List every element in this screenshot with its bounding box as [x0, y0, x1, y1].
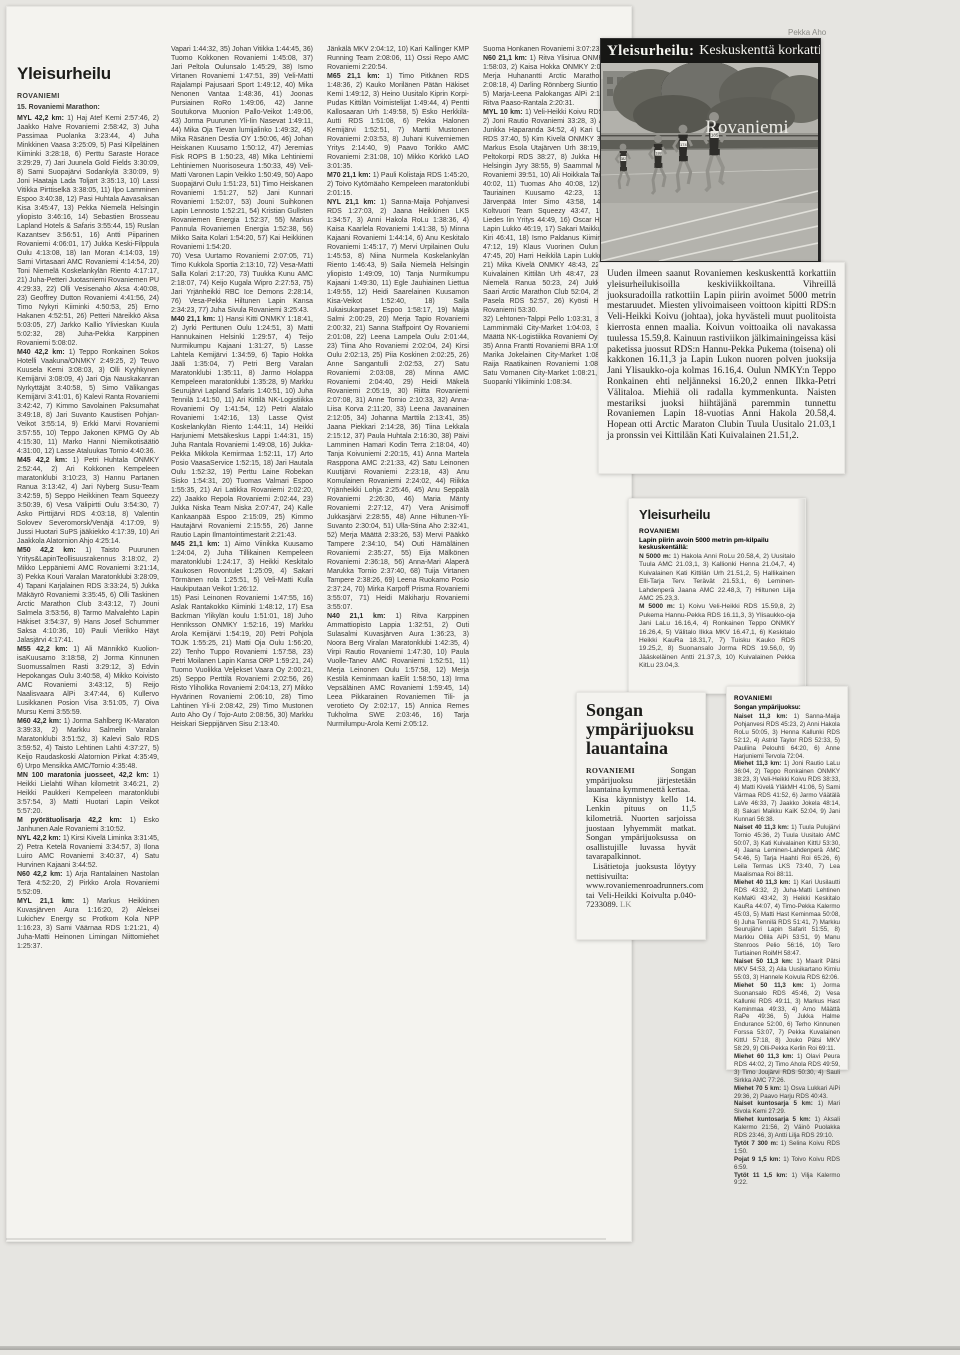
result-entry: M65 21,1 km: 1) Timo Pitkänen RDS 1:48:3…: [327, 72, 469, 171]
bib-number: 382: [621, 157, 627, 161]
result-entry: Naiset 40 11,3 km: 1) Tuula Pulujärvi To…: [734, 824, 840, 879]
result-entry: MYL 21,1 km: 1) Markus Heikkinen Kuvasjä…: [17, 897, 159, 951]
event-title: Lapin piirin avoin 5000 metrin pm-kilpai…: [639, 537, 795, 551]
result-entry: M60 42,2 km: 1) Jorma Sahlberg IK-Marato…: [17, 717, 159, 771]
marathon-results-clip: Yleisurheilu ROVANIEMI 15. Rovaniemi Mar…: [6, 6, 632, 1242]
banner-headline: Keskuskenttä korkattiin: [699, 43, 820, 59]
results-list: N 5000 m: 1) Hakola Anni RoLu 20.58,4, 2…: [639, 553, 795, 671]
results-list: Naiset 11,3 km: 1) Sanna-Maija Pohjanves…: [734, 713, 840, 1187]
article-signature: LK: [620, 899, 631, 909]
result-entry: M45 42,2 km: 1) Petri Huhtala ONMKY 2:52…: [17, 456, 159, 546]
athletics-heading: Yleisurheilu: [639, 507, 795, 522]
event-title: 15. Rovaniemi Marathon:: [17, 103, 159, 112]
athletics-heading: Yleisurheilu: [17, 69, 159, 78]
result-entry: M40 21,1 km: 1) Hansi Kitti ONMKY 1:18:4…: [171, 315, 313, 540]
result-entry: Miehet 60 11,3 km: 1) Olavi Peura RDS 44…: [734, 1053, 840, 1085]
result-entry: Miehet kuntosarja 5 km: 1) Aksali Kalerm…: [734, 1116, 840, 1140]
article-paragraph: ROVANIEMI Songan ympärijuoksu järjestetä…: [586, 766, 696, 795]
result-entry: Jänkälä MKV 2:04:12, 10) Kari Kallinger …: [327, 45, 469, 72]
results-column-3: Jänkälä MKV 2:04:12, 10) Kari Kallinger …: [327, 45, 469, 729]
bottom-scan-edge: [0, 1346, 960, 1350]
caption-clip: Uuden ilmeen saanut Rovaniemen keskusken…: [598, 262, 845, 474]
songan-results-clip: ROVANIEMI Songan ympärijuoksu: Naiset 11…: [726, 686, 848, 1070]
result-entry: M40 42,2 km: 1) Teppo Ronkainen Sokos Ho…: [17, 348, 159, 456]
pm-5000m-results-clip: Yleisurheilu ROVANIEMI Lapin piirin avoi…: [628, 498, 806, 694]
result-entry: NYL 21,1 km: 1) Sanna-Maija Pohjanvesi R…: [327, 198, 469, 612]
result-entry: M55 42,2 km: 1) Ali Männikkö Kuolion-isa…: [17, 645, 159, 717]
result-entry: MYL 42,2 km: 1) Haj Atef Kemi 2:57:46, 2…: [17, 114, 159, 348]
photo-overlay-text: Rovaniemi: [705, 117, 788, 138]
article-paragraph: Lisätietoja juoksusta löytyy nettisivuil…: [586, 862, 696, 910]
result-entry: Miehet 11,3 km: 1) Joni Rautio LaLu 36:0…: [734, 760, 840, 823]
result-entry: Naiset kuntosarja 5 km: 1) Mari Sivola K…: [734, 1100, 840, 1116]
results-column-2: Vapari 1:44:32, 35) Johan Vitikka 1:44:4…: [171, 45, 313, 729]
race-photo: 382 188: [601, 63, 818, 261]
result-entry: N60 42,2 km: 1) Arja Rantalainen Nastola…: [17, 870, 159, 897]
result-entry: N40 21,1 km: 1) Ritva Karppinen Ammattio…: [327, 612, 469, 729]
result-entry: Miehet 70 5 km: 1) Osva Lukkari AiPi 29:…: [734, 1085, 840, 1101]
result-entry: Tytöt 7 300 m: 1) Selina Koivu RDS 1:50.: [734, 1140, 840, 1156]
results-list: Jänkälä MKV 2:04:12, 10) Kari Kallinger …: [327, 45, 469, 729]
results-list: Vapari 1:44:32, 35) Johan Vitikka 1:44:4…: [171, 45, 313, 729]
article-headline: Songan ympärijuoksu lauantaina: [586, 701, 696, 758]
result-entry: Naiset 50 11,3 km: 1) Maarit Pätsi MKV 5…: [734, 958, 840, 982]
results-list: MYL 42,2 km: 1) Haj Atef Kemi 2:57:46, 2…: [17, 114, 159, 951]
result-entry: Tytöt 11 1,5 km: 1) Vilja Kalermo 9:22.: [734, 1172, 840, 1188]
bib-number: 188: [656, 151, 662, 155]
result-entry: NYL 42,2 km: 1) Kirsi Kivelä Liminka 3:3…: [17, 834, 159, 870]
result-entry: M 5000 m: 1) Koivu Veli-Heikki RDS 15.59…: [639, 603, 795, 670]
result-entry: 70) Vesa Uurtamo Rovaniemi 2:07:05, 71) …: [171, 252, 313, 315]
result-entry: Pojat 9 1,5 km: 1) Toivo Koivu RDS 6:59.: [734, 1156, 840, 1172]
banner-section-label: Yleisurheilu:: [607, 43, 694, 60]
result-entry: Miehet 50 11,3 km: 1) Jorma Suonansalo R…: [734, 982, 840, 1053]
result-entry: Miehet 40 11,3 km: 1) Kari Uusilautti RD…: [734, 879, 840, 958]
result-entry: M pyörätuolisarja 42,2 km: 1) Esko Janhu…: [17, 816, 159, 834]
result-entry: M45 21,1 km: 1) Aimo Viinikka Kuusamo 1:…: [171, 540, 313, 594]
result-entry: MN 100 maratonia juosseet, 42,2 km: 1) H…: [17, 771, 159, 816]
photo-caption: Uuden ilmeen saanut Rovaniemen keskusken…: [607, 269, 836, 442]
clip-edge-shadow: [6, 1238, 606, 1240]
songan-article-clip: Songan ympärijuoksu lauantaina ROVANIEMI…: [576, 692, 706, 940]
results-column-1: Yleisurheilu ROVANIEMI 15. Rovaniemi Mar…: [17, 45, 159, 951]
region-label: ROVANIEMI: [734, 695, 840, 702]
result-entry: N 5000 m: 1) Hakola Anni RoLu 20.58,4, 2…: [639, 553, 795, 603]
result-entry: 15) Pasi Leinonen Rovaniemi 1:47:55, 16)…: [171, 594, 313, 729]
result-entry: Naiset 11,3 km: 1) Sanna-Maija Pohjanves…: [734, 713, 840, 760]
photo-clip: Yleisurheilu: Keskuskenttä korkattiin: [600, 38, 821, 264]
photo-banner: Yleisurheilu: Keskuskenttä korkattiin: [601, 39, 820, 63]
article-paragraph: Kisa käynnistyy kello 14. Lenkin pituus …: [586, 795, 696, 862]
region-label: ROVANIEMI: [639, 528, 795, 535]
scrapbook-page: Yleisurheilu ROVANIEMI 15. Rovaniemi Mar…: [0, 0, 960, 1355]
event-title: Songan ympärijuoksu:: [734, 704, 840, 711]
photo-credit: Pekka Aho: [788, 28, 826, 37]
region-label: ROVANIEMI: [17, 92, 159, 101]
result-entry: M50 42,2 km: 1) Taisto Puurunen Yritys&L…: [17, 546, 159, 645]
result-entry: Vapari 1:44:32, 35) Johan Vitikka 1:44:4…: [171, 45, 313, 252]
result-entry: M70 21,1 km: 1) Pauli Kolistaja RDS 1:45…: [327, 171, 469, 198]
bib-number: 174: [680, 142, 687, 147]
